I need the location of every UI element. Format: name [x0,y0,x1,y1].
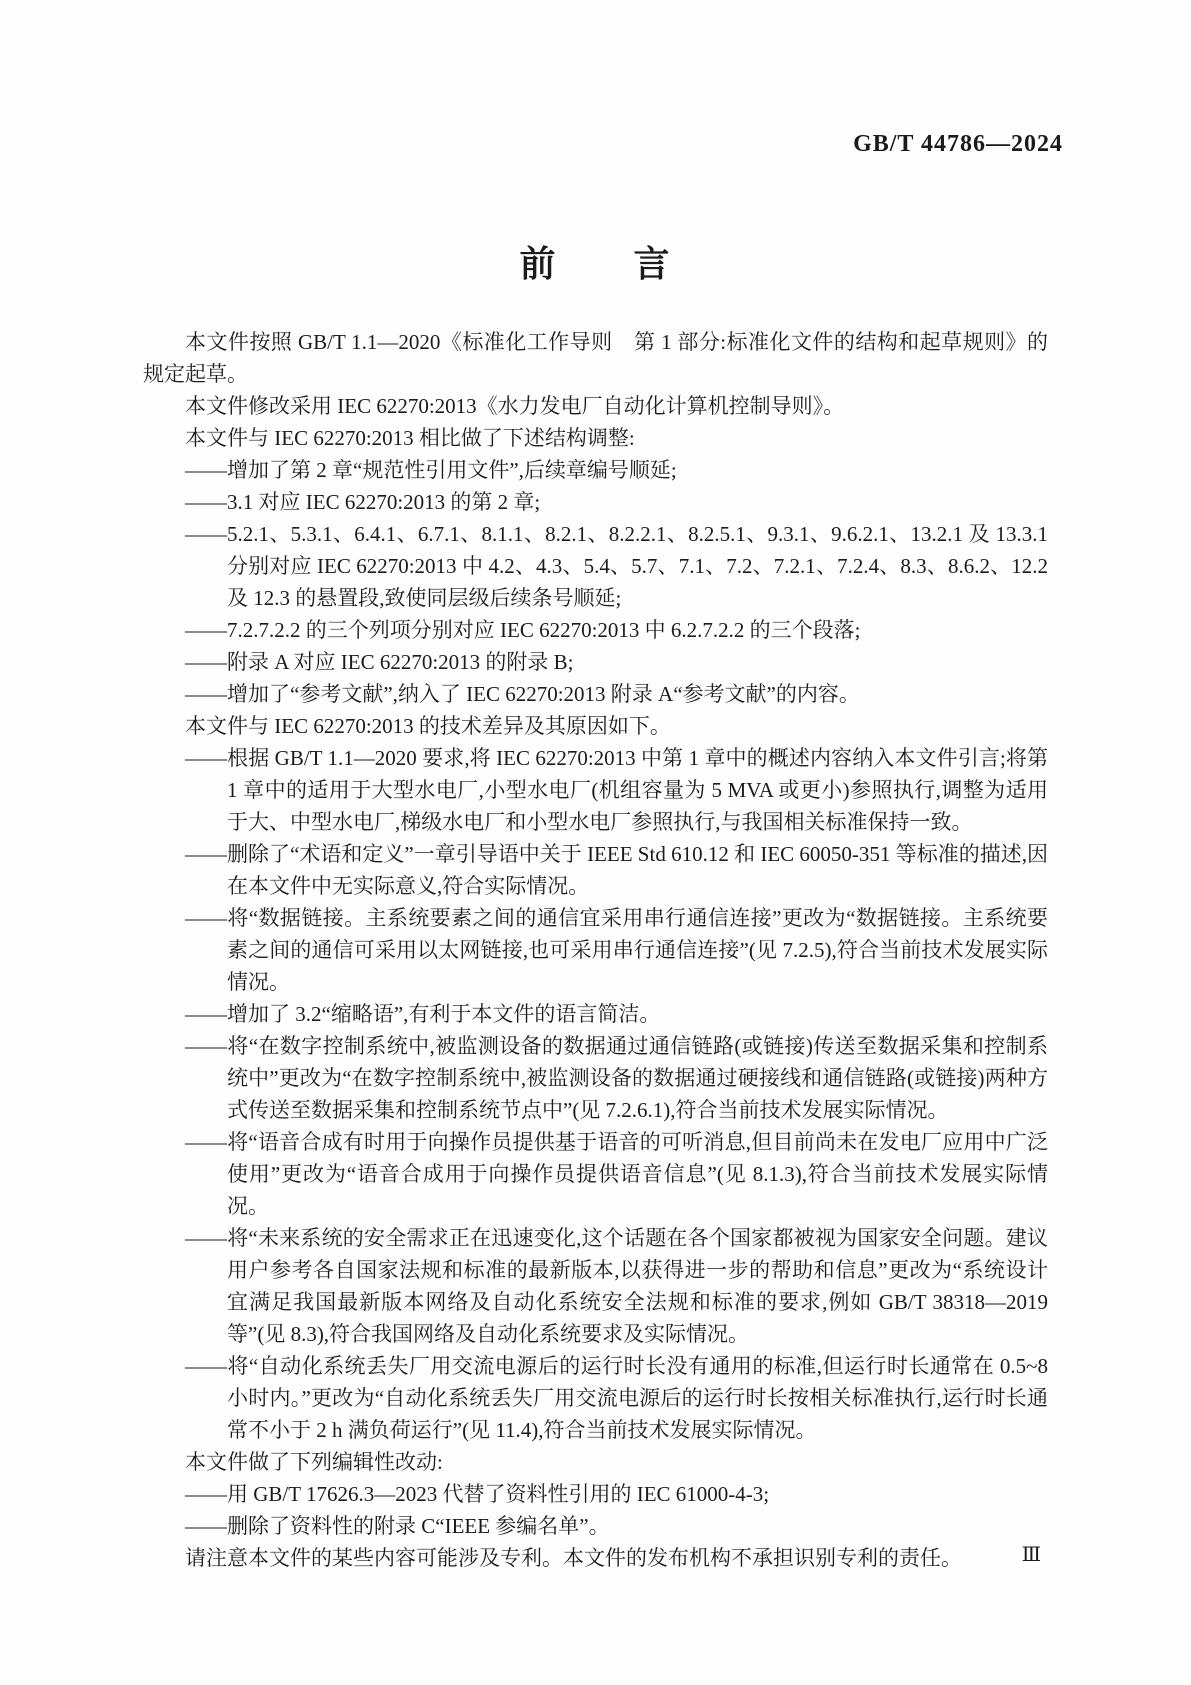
foreword-list-item: ——删除了“术语和定义”一章引导语中关于 IEEE Std 610.12 和 I… [227,838,1048,902]
foreword-paragraph: 本文件按照 GB/T 1.1—2020《标准化工作导则 第 1 部分:标准化文件… [143,326,1048,390]
foreword-list-item: ——7.2.7.2.2 的三个列项分别对应 IEC 62270:2013 中 6… [227,614,1048,646]
foreword-list-item: ——增加了“参考文献”,纳入了 IEC 62270:2013 附录 A“参考文献… [227,678,1048,710]
page-number: Ⅲ [1022,1542,1041,1567]
foreword-list-item: ——将“在数字控制系统中,被监测设备的数据通过通信链路(或链接)传送至数据采集和… [227,1030,1048,1126]
foreword-paragraph: 本文件做了下列编辑性改动: [143,1446,1048,1478]
foreword-list-item: ——3.1 对应 IEC 62270:2013 的第 2 章; [227,486,1048,518]
foreword-list-item: ——根据 GB/T 1.1—2020 要求,将 IEC 62270:2013 中… [227,742,1048,838]
foreword-list-item: ——将“数据链接。主系统要素之间的通信宜采用串行通信连接”更改为“数据链接。主系… [227,902,1048,998]
standard-number: GB/T 44786—2024 [853,131,1063,158]
foreword-paragraph: 本文件修改采用 IEC 62270:2013《水力发电厂自动化计算机控制导则》。 [143,390,1048,422]
foreword-list-item: ——删除了资料性的附录 C“IEEE 参编名单”。 [227,1510,1048,1542]
foreword-list-item: ——将“未来系统的安全需求正在迅速变化,这个话题在各个国家都被视为国家安全问题。… [227,1222,1048,1350]
document-page: GB/T 44786—2024 前 言 本文件按照 GB/T 1.1—2020《… [0,0,1191,1685]
foreword-list-item: ——将“语音合成有时用于向操作员提供基于语音的可听消息,但目前尚未在发电厂应用中… [227,1126,1048,1222]
foreword-paragraph: 本文件与 IEC 62270:2013 相比做了下述结构调整: [143,422,1048,454]
foreword-list-item: ——附录 A 对应 IEC 62270:2013 的附录 B; [227,646,1048,678]
foreword-list-item: ——5.2.1、5.3.1、6.4.1、6.7.1、8.1.1、8.2.1、8.… [227,518,1048,614]
foreword-list-item: ——增加了第 2 章“规范性引用文件”,后续章编号顺延; [227,454,1048,486]
foreword-list-item: ——用 GB/T 17626.3—2023 代替了资料性引用的 IEC 6100… [227,1478,1048,1510]
page-title: 前 言 [143,236,1048,287]
foreword-paragraph: 请注意本文件的某些内容可能涉及专利。本文件的发布机构不承担识别专利的责任。 [143,1542,1048,1574]
foreword-body: 本文件按照 GB/T 1.1—2020《标准化工作导则 第 1 部分:标准化文件… [143,326,1048,1574]
foreword-list-item: ——增加了 3.2“缩略语”,有利于本文件的语言简洁。 [227,998,1048,1030]
foreword-list-item: ——将“自动化系统丢失厂用交流电源后的运行时长没有通用的标准,但运行时长通常在 … [227,1350,1048,1446]
foreword-paragraph: 本文件与 IEC 62270:2013 的技术差异及其原因如下。 [143,710,1048,742]
